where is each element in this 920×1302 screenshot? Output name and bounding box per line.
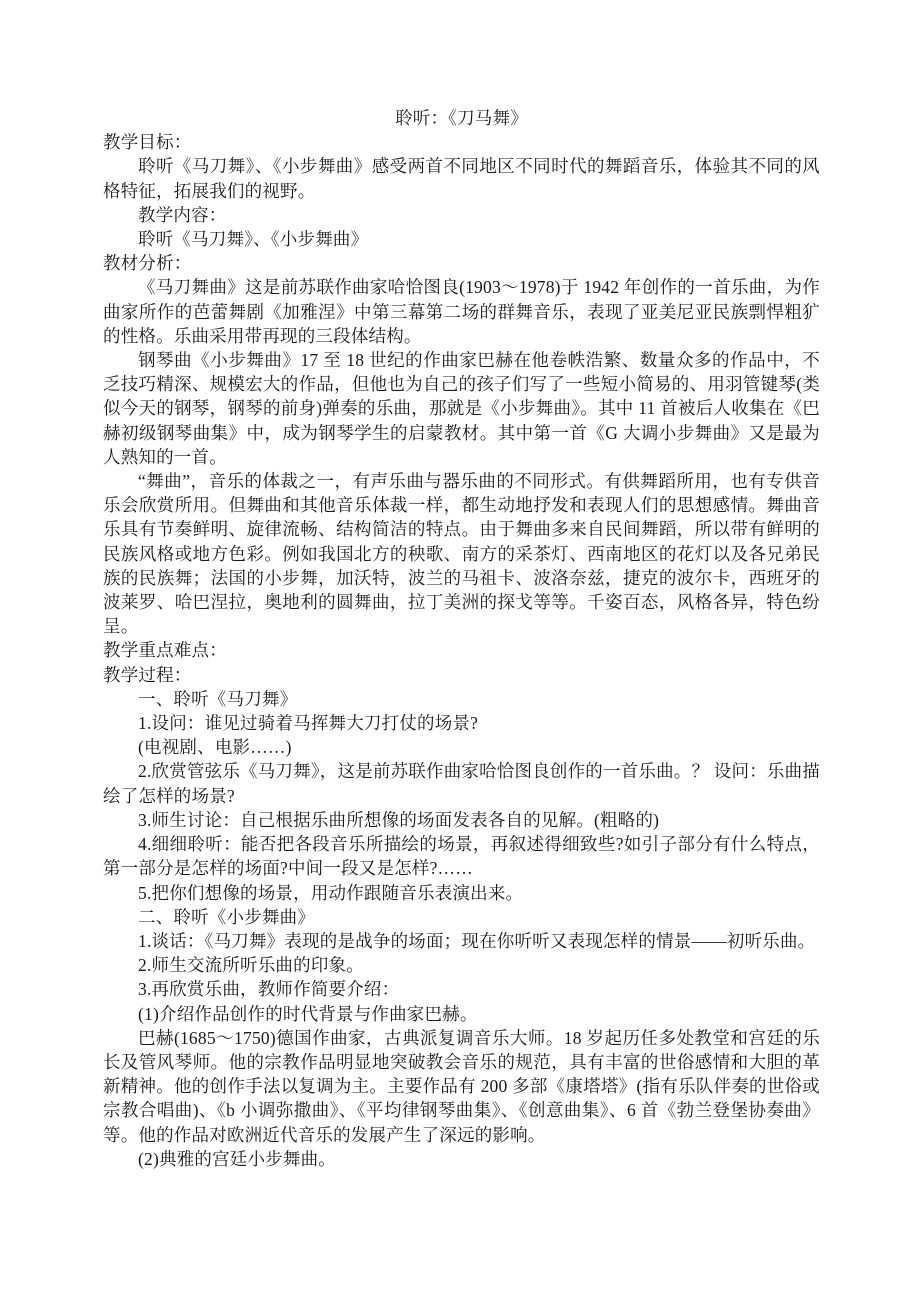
document-body: 聆听：《刀马舞》 教学目标： 聆听《马刀舞》、《小步舞曲》感受两首不同地区不同时… xyxy=(103,106,820,1171)
item-5-perform-scene: 5.把你们想像的场景，用动作跟随音乐表演出来。 xyxy=(103,881,820,905)
heading-material-analysis: 教材分析： xyxy=(103,251,820,275)
item-3-teacher-introduction: 3.再欣赏乐曲，教师作简要介绍： xyxy=(103,977,820,1001)
subitem-2-court-minuet: (2)典雅的宫廷小步舞曲。 xyxy=(103,1147,820,1171)
para-teaching-content: 聆听《马刀舞》、《小步舞曲》 xyxy=(103,227,820,251)
item-1-question: 1.设问：谁见过骑着马挥舞大刀打仗的场景? xyxy=(103,711,820,735)
heading-key-difficulties: 教学重点难点： xyxy=(103,638,820,662)
subitem-1-background-bach: (1)介绍作品创作的时代背景与作曲家巴赫。 xyxy=(103,1002,820,1026)
para-minuet-analysis: 钢琴曲《小步舞曲》17 至 18 世纪的作曲家巴赫在他卷帙浩繁、数量众多的作品中… xyxy=(103,348,820,469)
section-2-listen-minuet: 二、聆听《小步舞曲》 xyxy=(103,905,820,929)
section-1-listen-sabre-dance: 一、聆听《马刀舞》 xyxy=(103,687,820,711)
item-1-talk: 1.谈话：《马刀舞》表现的是战争的场面；现在你听听又表现怎样的情景——初听乐曲。 xyxy=(103,929,820,953)
item-4-careful-listening: 4.细细聆听：能否把各段音乐所描绘的场景，再叙述得细致些?如引子部分有什么特点，… xyxy=(103,832,820,880)
para-bach-biography: 巴赫(1685～1750)德国作曲家，古典派复调音乐大师。18 岁起历任多处教堂… xyxy=(103,1026,820,1147)
heading-teaching-objectives: 教学目标： xyxy=(103,130,820,154)
para-sabre-dance-analysis: 《马刀舞曲》这是前苏联作曲家哈恰图良(1903～1978)于 1942 年创作的… xyxy=(103,275,820,348)
document-page: 聆听：《刀马舞》 教学目标： 聆听《马刀舞》、《小步舞曲》感受两首不同地区不同时… xyxy=(0,0,920,1302)
item-2-exchange-impressions: 2.师生交流所听乐曲的印象。 xyxy=(103,953,820,977)
para-teaching-objectives: 聆听《马刀舞》、《小步舞曲》感受两首不同地区不同时代的舞蹈音乐，体验其不同的风格… xyxy=(103,154,820,202)
item-3-discussion: 3.师生讨论：自己根据乐曲所想像的场面发表各自的见解。(粗略的) xyxy=(103,808,820,832)
heading-teaching-process: 教学过程： xyxy=(103,663,820,687)
heading-teaching-content: 教学内容： xyxy=(103,203,820,227)
item-1-answer-hint: (电视剧、电影……) xyxy=(103,735,820,759)
page-title: 聆听：《刀马舞》 xyxy=(103,106,820,130)
item-2-appreciate-orchestra: 2.欣赏管弦乐《马刀舞》，这是前苏联作曲家哈恰图良创作的一首乐曲。？ 设问：乐曲… xyxy=(103,759,820,807)
para-dance-music-genre: “舞曲”，音乐的体裁之一，有声乐曲与器乐曲的不同形式。有供舞蹈所用，也有专供音乐… xyxy=(103,469,820,638)
